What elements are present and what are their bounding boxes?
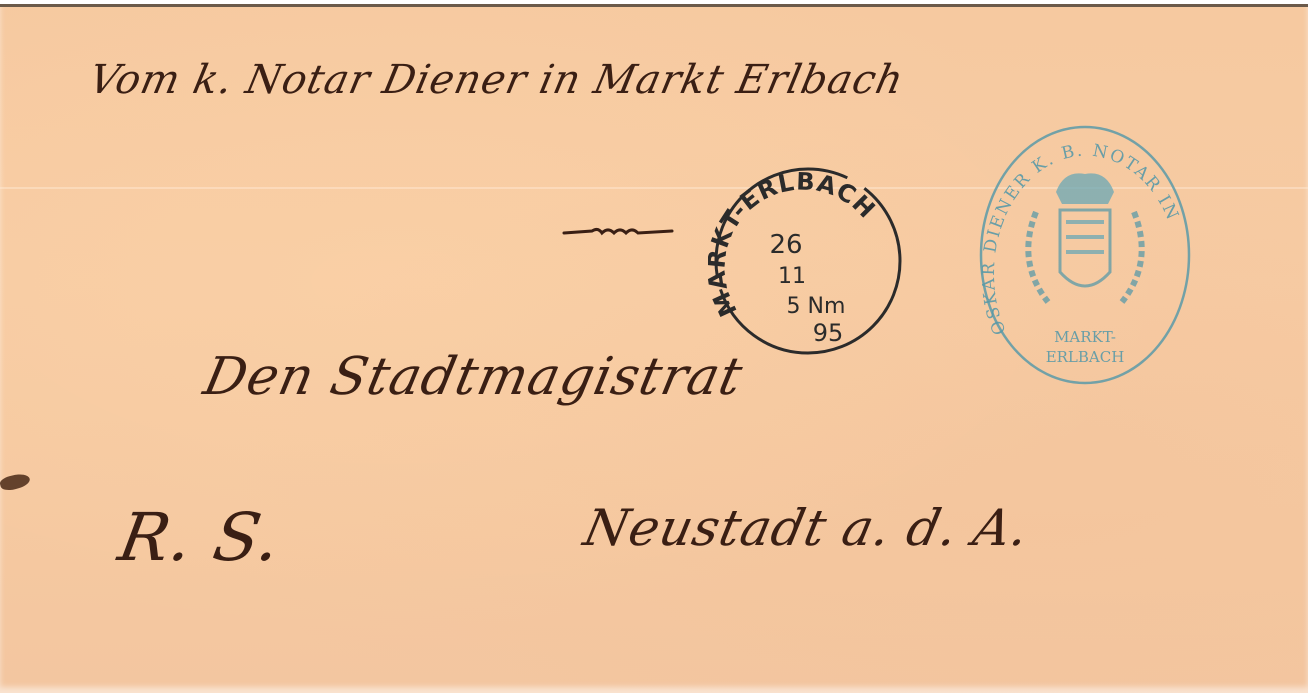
- recipient-line: Den Stadtmagistrat: [199, 347, 749, 407]
- seal-center-text-2: ERLBACH: [1046, 348, 1125, 366]
- postmark-month: 11: [778, 264, 806, 289]
- seal-ring-text: OSKAR DIENER K. B. NOTAR IN: [979, 141, 1183, 338]
- seal-center-text-1: MARKT-: [1054, 328, 1116, 346]
- postmark-cancel: MARKT-ERLBACH 26 11 5 Nm 95: [708, 161, 908, 361]
- flourish-icon: [562, 221, 674, 241]
- corner-note: R. S.: [113, 499, 287, 576]
- postmark-day: 26: [769, 230, 802, 260]
- destination-line: Neustadt a. d. A.: [579, 499, 1035, 557]
- envelope: Vom k. Notar Diener in Markt Erlbach Den…: [0, 4, 1308, 693]
- notary-seal: OSKAR DIENER K. B. NOTAR IN MARKT- ERLBA…: [976, 122, 1194, 388]
- coat-of-arms-icon: [1028, 173, 1141, 302]
- ink-blot: [0, 471, 31, 492]
- svg-text:OSKAR DIENER K. B. NOTAR IN: OSKAR DIENER K. B. NOTAR IN: [979, 141, 1183, 338]
- postmark-time: 5 Nm: [787, 294, 846, 319]
- sender-line: Vom k. Notar Diener in Markt Erlbach: [85, 57, 908, 103]
- postmark-year: 95: [813, 319, 844, 347]
